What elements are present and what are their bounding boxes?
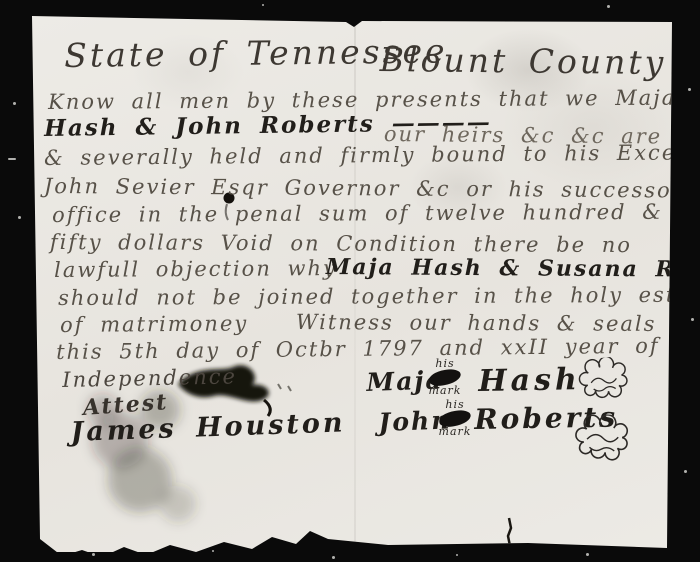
document-line: lawfull objection why	[54, 256, 337, 282]
document-title-county: Blount County	[380, 40, 667, 82]
document-line: fifty dollars Void on Condition there be…	[50, 230, 632, 257]
photo-background: { "photo": { "background_color": "#0a0a0…	[0, 0, 700, 562]
dust-speckle	[262, 4, 264, 6]
document-line: John Sevier Esqr Governor &c or his succ…	[44, 174, 700, 203]
document-line-names: Maja Hash & Susana Roberts	[326, 254, 700, 283]
dust-speckle	[92, 553, 95, 556]
his-mark-block: his mark	[422, 359, 468, 396]
document-line: should not be joined together in the hol…	[58, 283, 700, 310]
dust-speckle	[607, 5, 610, 8]
seal-scribble-icon	[568, 412, 631, 468]
his-label: his	[435, 359, 454, 369]
dust-speckle	[691, 318, 694, 321]
mark-label: mark	[439, 427, 472, 437]
dust-speckle	[18, 216, 21, 219]
dust-speckle	[8, 158, 16, 160]
dust-speckle	[586, 553, 589, 556]
document-line: office in the penal sum of twelve hundre…	[52, 200, 663, 227]
document-line: of matrimoney	[60, 311, 248, 337]
mark-label: mark	[429, 386, 462, 396]
his-label: his	[445, 400, 464, 410]
dust-speckle	[456, 554, 458, 556]
document-line: & severally held and firmly bound to his…	[44, 140, 700, 170]
dust-speckle	[332, 556, 335, 559]
document-line: Witness our hands & seals	[296, 310, 657, 336]
document-line: Independence	[62, 364, 237, 392]
dust-speckle	[684, 470, 687, 473]
paper-crease-mark	[508, 518, 511, 546]
dust-speckle	[212, 550, 214, 552]
document-paper: State of Tennessee Blount County Know al…	[28, 12, 672, 552]
dust-speckle	[688, 88, 691, 91]
his-mark-block: his mark	[432, 400, 478, 437]
dust-speckle	[13, 102, 16, 105]
seal-scribble-icon	[572, 355, 633, 407]
signature-surname: Hash	[478, 362, 581, 399]
